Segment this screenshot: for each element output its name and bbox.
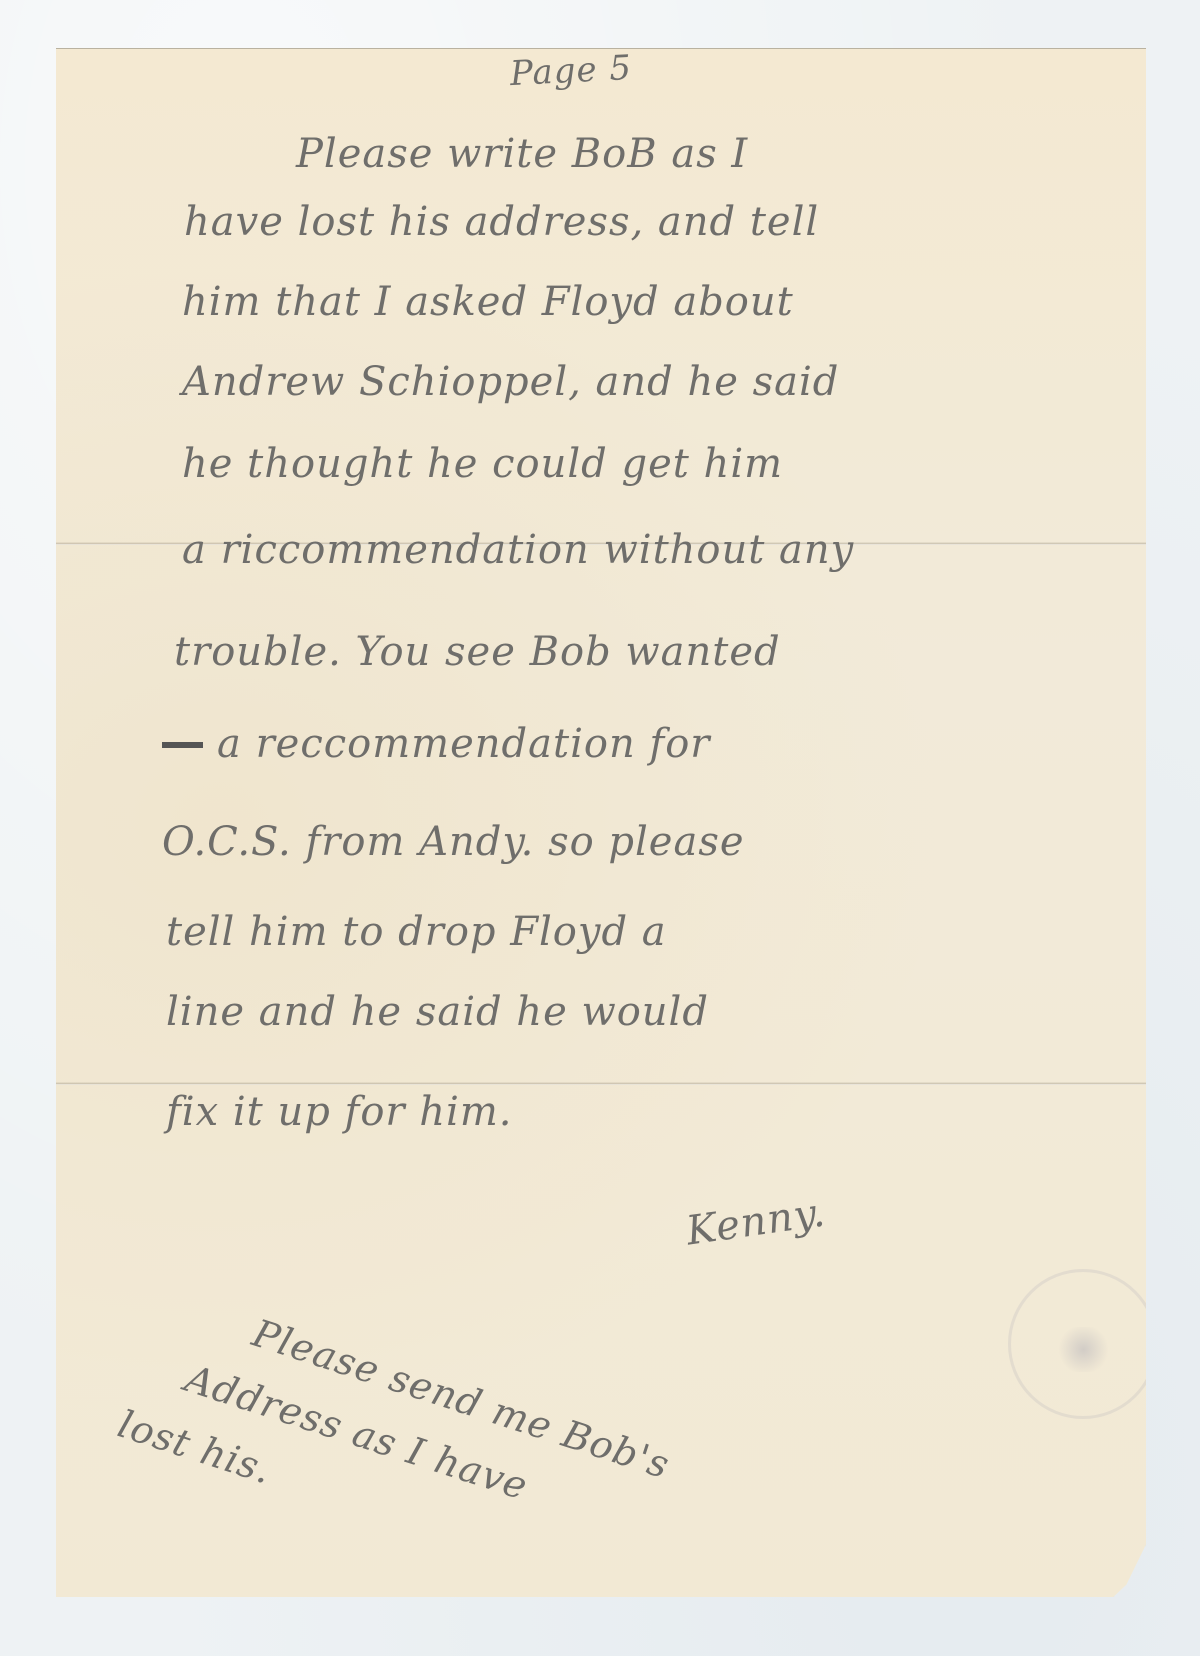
fold-line (56, 1082, 1146, 1085)
letter-line-text: a reccommendation for (217, 721, 710, 767)
letter-line: —a reccommendation for (162, 721, 710, 767)
letter-line: he thought he could get him (182, 441, 783, 487)
postscript: Please send me Bob's Address as I have l… (167, 1289, 679, 1619)
letter-line: Andrew Schioppel, and he said (182, 359, 839, 405)
letter-line: line and he said he would (166, 989, 709, 1035)
letter-line: him that I asked Floyd about (182, 279, 794, 325)
letter-line: tell him to drop Floyd a (166, 909, 667, 955)
letter-line: Please write BoB as I (296, 131, 748, 177)
archival-stamp-icon (1008, 1269, 1158, 1419)
signature: Kenny. (683, 1189, 828, 1254)
stamp-ink-smudge (1056, 1327, 1111, 1372)
page-number: Page 5 (509, 48, 633, 94)
letter-line: fix it up for him. (166, 1089, 512, 1135)
letter-line: have lost his address, and tell (184, 199, 819, 245)
letter-line: a riccommendation without any (182, 527, 854, 573)
letter-page: Page 5 Please write BoB as I have lost h… (56, 48, 1146, 1597)
letter-line: trouble. You see Bob wanted (174, 629, 781, 675)
struck-out-mark: — (162, 721, 203, 767)
letter-line: O.C.S. from Andy. so please (162, 819, 745, 865)
